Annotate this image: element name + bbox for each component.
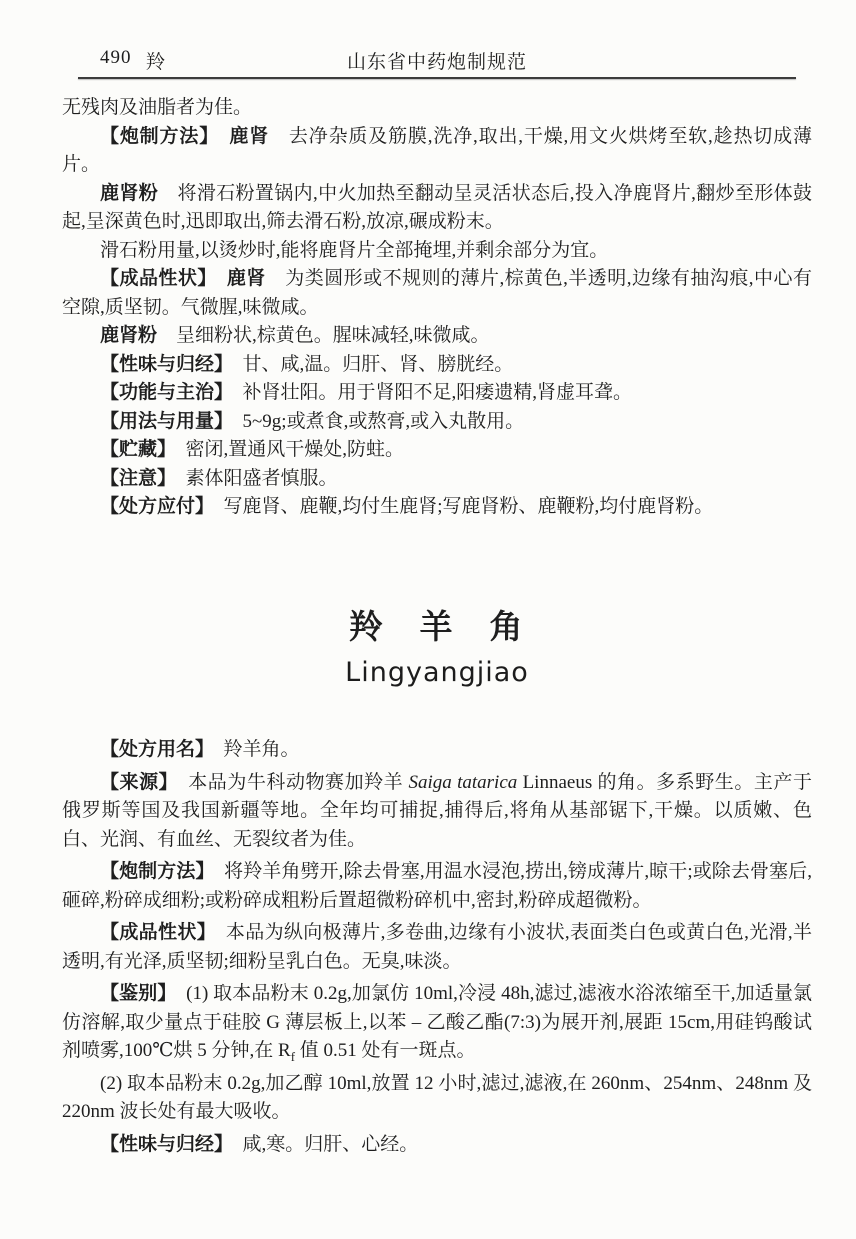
section-label: 鹿肾粉 <box>100 325 157 346</box>
paragraph: 【成品性状】 鹿肾 为类圆形或不规则的薄片,棕黄色,半透明,边缘有抽沟痕,中心有… <box>62 265 812 322</box>
book-title: 山东省中药炮制规范 <box>62 47 812 74</box>
paragraph: 【性味与归经】 咸,寒。归肝、心经。 <box>62 1131 812 1160</box>
paragraph: 【性味与归经】 甘、咸,温。归肝、肾、膀胱经。 <box>62 351 812 380</box>
header-rule <box>78 77 796 79</box>
text-run: 将滑石粉置锅内,中火加热至翻动呈灵活状态后,投入净鹿肾片,翻炒至形体鼓起,呈深黄… <box>62 183 812 233</box>
paragraph: 【成品性状】 本品为纵向极薄片,多卷曲,边缘有小波状,表面类白色或黄白色,光滑,… <box>62 919 812 976</box>
paragraph: (2) 取本品粉末 0.2g,加乙醇 10ml,放置 12 小时,滤过,滤液,在… <box>62 1070 812 1127</box>
section-label: 【用法与用量】 <box>100 411 224 432</box>
text-run: 本品为牛科动物赛加羚羊 <box>169 772 409 793</box>
section-label: 【成品性状】 <box>100 922 207 943</box>
text-run: 写鹿肾、鹿鞭,均付生鹿肾;写鹿肾粉、鹿鞭粉,均付鹿肾粉。 <box>205 496 714 517</box>
section-label: 【性味与归经】 <box>100 354 224 375</box>
section-label: 【来源】 <box>100 772 169 793</box>
text-run: 咸,寒。归肝、心经。 <box>224 1134 419 1155</box>
text-run: 素体阳盛者慎服。 <box>167 468 338 489</box>
text-run: 5~9g;或煮食,或熬膏,或入丸散用。 <box>224 411 525 432</box>
paragraph: 【炮制方法】 鹿肾 去净杂质及筋膜,洗净,取出,干燥,用文火烘烤至软,趁热切成薄… <box>62 123 812 180</box>
text-run: 补肾壮阳。用于肾阳不足,阳痿遗精,肾虚耳聋。 <box>224 382 633 403</box>
section-label: 【性味与归经】 <box>100 1134 224 1155</box>
section-label: 【功能与主治】 <box>100 382 224 403</box>
paragraph: 【处方应付】 写鹿肾、鹿鞭,均付生鹿肾;写鹿肾粉、鹿鞭粉,均付鹿肾粉。 <box>62 493 812 522</box>
paragraph: 【来源】 本品为牛科动物赛加羚羊 Saiga tatarica Linnaeus… <box>62 769 812 855</box>
text-run: (2) 取本品粉末 0.2g,加乙醇 10ml,放置 12 小时,滤过,滤液,在… <box>62 1073 812 1123</box>
article-title: 羚 羊 角 <box>62 606 812 649</box>
latin-name: Saiga tatarica <box>409 772 518 793</box>
section-label: 鹿肾 <box>229 126 269 147</box>
paragraph: 【处方用名】 羚羊角。 <box>62 736 812 765</box>
article-continuation-lushen: 无残肉及油脂者为佳。【炮制方法】 鹿肾 去净杂质及筋膜,洗净,取出,干燥,用文火… <box>62 94 812 522</box>
section-label: 【鉴别】 <box>100 983 167 1004</box>
section-label: 【炮制方法】 <box>100 861 205 882</box>
paragraph: 鹿肾粉 呈细粉状,棕黄色。腥味减轻,味微咸。 <box>62 322 812 351</box>
text-run: 值 0.51 处有一斑点。 <box>295 1040 476 1061</box>
paragraph: 【注意】 素体阳盛者慎服。 <box>62 465 812 494</box>
text-run: 甘、咸,温。归肝、肾、膀胱经。 <box>224 354 514 375</box>
section-label: 【处方用名】 <box>100 739 205 760</box>
paragraph: 滑石粉用量,以烫炒时,能将鹿肾片全部掩埋,并剩余部分为宜。 <box>62 237 812 266</box>
section-label: 【炮制方法】 <box>100 126 210 147</box>
text-run: 滑石粉用量,以烫炒时,能将鹿肾片全部掩埋,并剩余部分为宜。 <box>100 240 608 261</box>
text-run: 呈细粉状,棕黄色。腥味减轻,味微咸。 <box>157 325 490 346</box>
text-run: 无残肉及油脂者为佳。 <box>62 97 252 118</box>
paragraph: 【贮藏】 密闭,置通风干燥处,防蛀。 <box>62 436 812 465</box>
paragraph: 鹿肾粉 将滑石粉置锅内,中火加热至翻动呈灵活状态后,投入净鹿肾片,翻炒至形体鼓起… <box>62 180 812 237</box>
text-run <box>207 268 226 289</box>
page-content: 无残肉及油脂者为佳。【炮制方法】 鹿肾 去净杂质及筋膜,洗净,取出,干燥,用文火… <box>62 94 812 1163</box>
article-lingyangjiao: 【处方用名】 羚羊角。【来源】 本品为牛科动物赛加羚羊 Saiga tatari… <box>62 736 812 1159</box>
article-pinyin: Lingyangjiao <box>62 656 812 690</box>
document-page: 490 羚 山东省中药炮制规范 无残肉及油脂者为佳。【炮制方法】 鹿肾 去净杂质… <box>0 0 856 1239</box>
text-run: 密闭,置通风干燥处,防蛀。 <box>167 439 405 460</box>
section-label: 【注意】 <box>100 468 167 489</box>
paragraph: 【鉴别】 (1) 取本品粉末 0.2g,加氯仿 10ml,冷浸 48h,滤过,滤… <box>62 980 812 1066</box>
section-label: 鹿肾 <box>227 268 266 289</box>
paragraph: 【功能与主治】 补肾壮阳。用于肾阳不足,阳痿遗精,肾虚耳聋。 <box>62 379 812 408</box>
section-label: 【贮藏】 <box>100 439 167 460</box>
text-run <box>210 126 230 147</box>
section-label: 【处方应付】 <box>100 496 205 517</box>
paragraph: 【用法与用量】 5~9g;或煮食,或熬膏,或入丸散用。 <box>62 408 812 437</box>
text-run: 羚羊角。 <box>205 739 300 760</box>
paragraph: 无残肉及油脂者为佳。 <box>62 94 812 123</box>
section-label: 【成品性状】 <box>100 268 207 289</box>
paragraph: 【炮制方法】 将羚羊角劈开,除去骨塞,用温水浸泡,捞出,镑成薄片,晾干;或除去骨… <box>62 858 812 915</box>
page-header: 490 羚 山东省中药炮制规范 <box>62 47 812 73</box>
section-label: 鹿肾粉 <box>100 183 158 204</box>
